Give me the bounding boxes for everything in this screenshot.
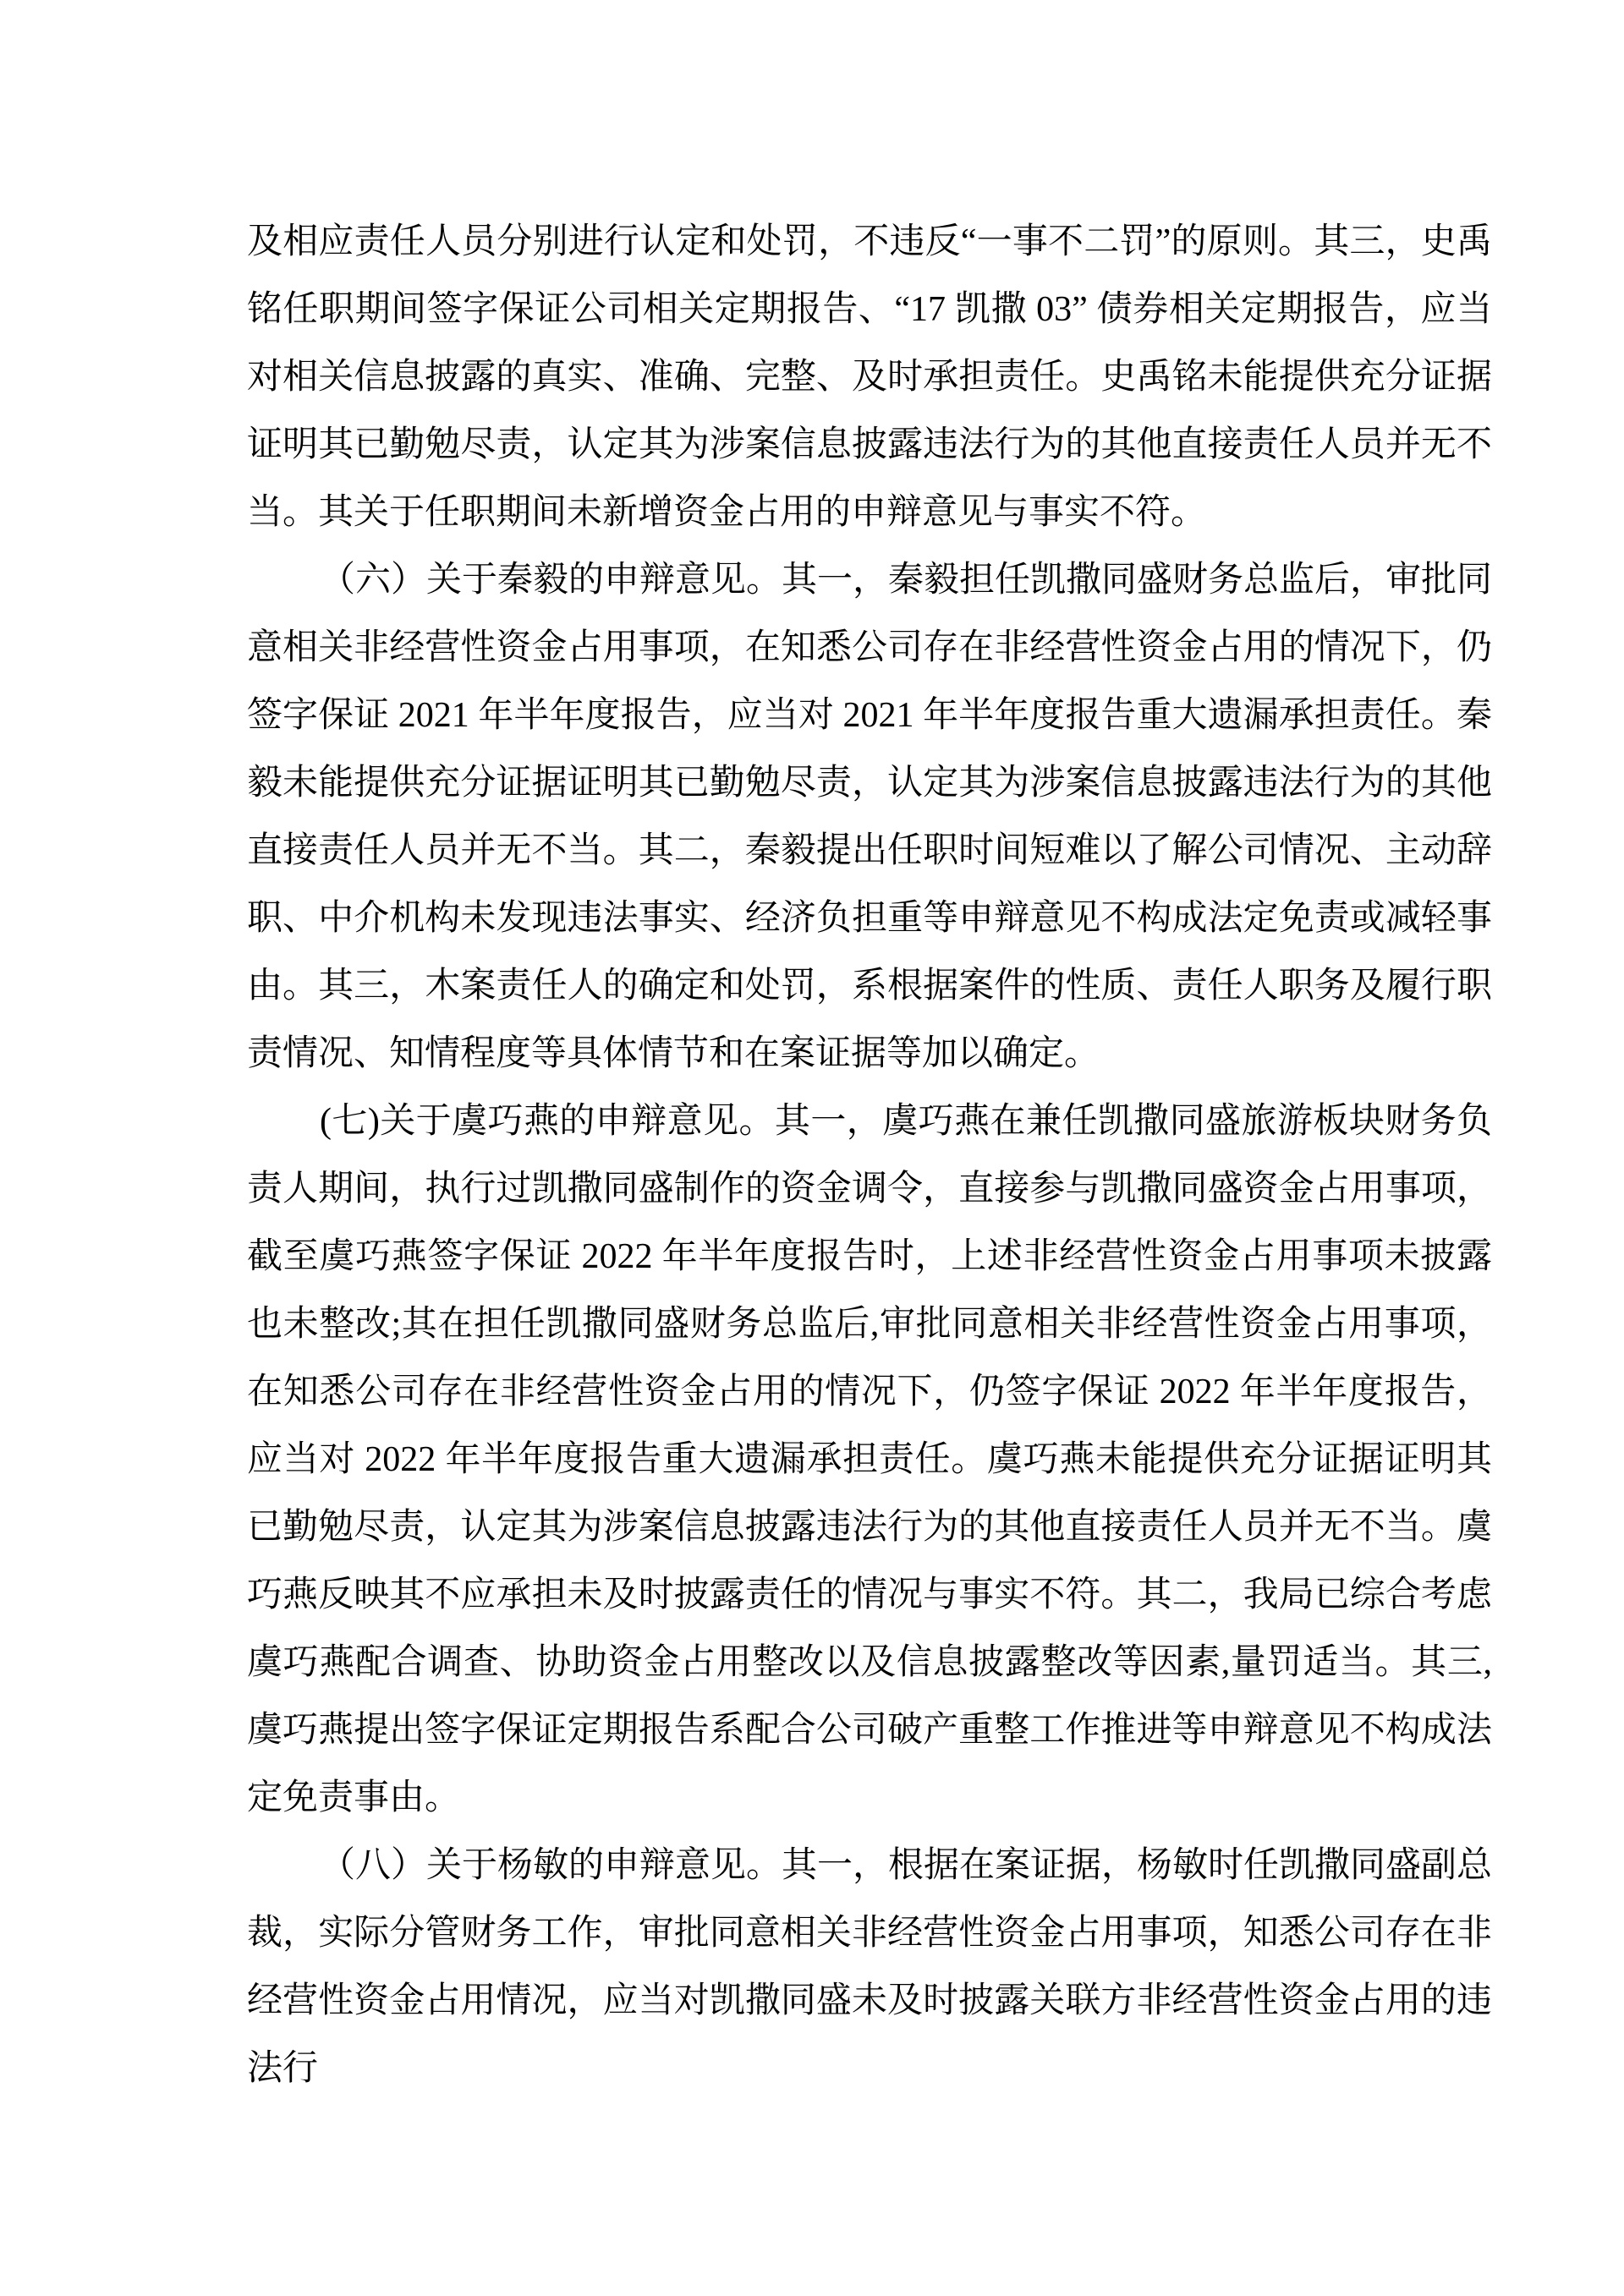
paragraph-continuation: 及相应责任人员分别进行认定和处罚，不违反“一事不二罚”的原则。其三，史禹铭任职期…: [247, 208, 1492, 546]
paragraph-section-6: （六）关于秦毅的申辩意见。其一，秦毅担任凯撒同盛财务总监后，审批同意相关非经营性…: [247, 546, 1492, 1088]
document-body: 及相应责任人员分别进行认定和处罚，不违反“一事不二罚”的原则。其三，史禹铭任职期…: [247, 208, 1492, 2102]
document-page: 及相应责任人员分别进行认定和处罚，不违反“一事不二罚”的原则。其三，史禹铭任职期…: [0, 0, 1624, 2296]
paragraph-section-8: （八）关于杨敏的申辩意见。其一，根据在案证据，杨敏时任凯撒同盛副总裁，实际分管财…: [247, 1832, 1492, 2102]
paragraph-section-7: (七)关于虞巧燕的申辩意见。其一，虞巧燕在兼任凯撒同盛旅游板块财务负责人期间，执…: [247, 1088, 1492, 1832]
